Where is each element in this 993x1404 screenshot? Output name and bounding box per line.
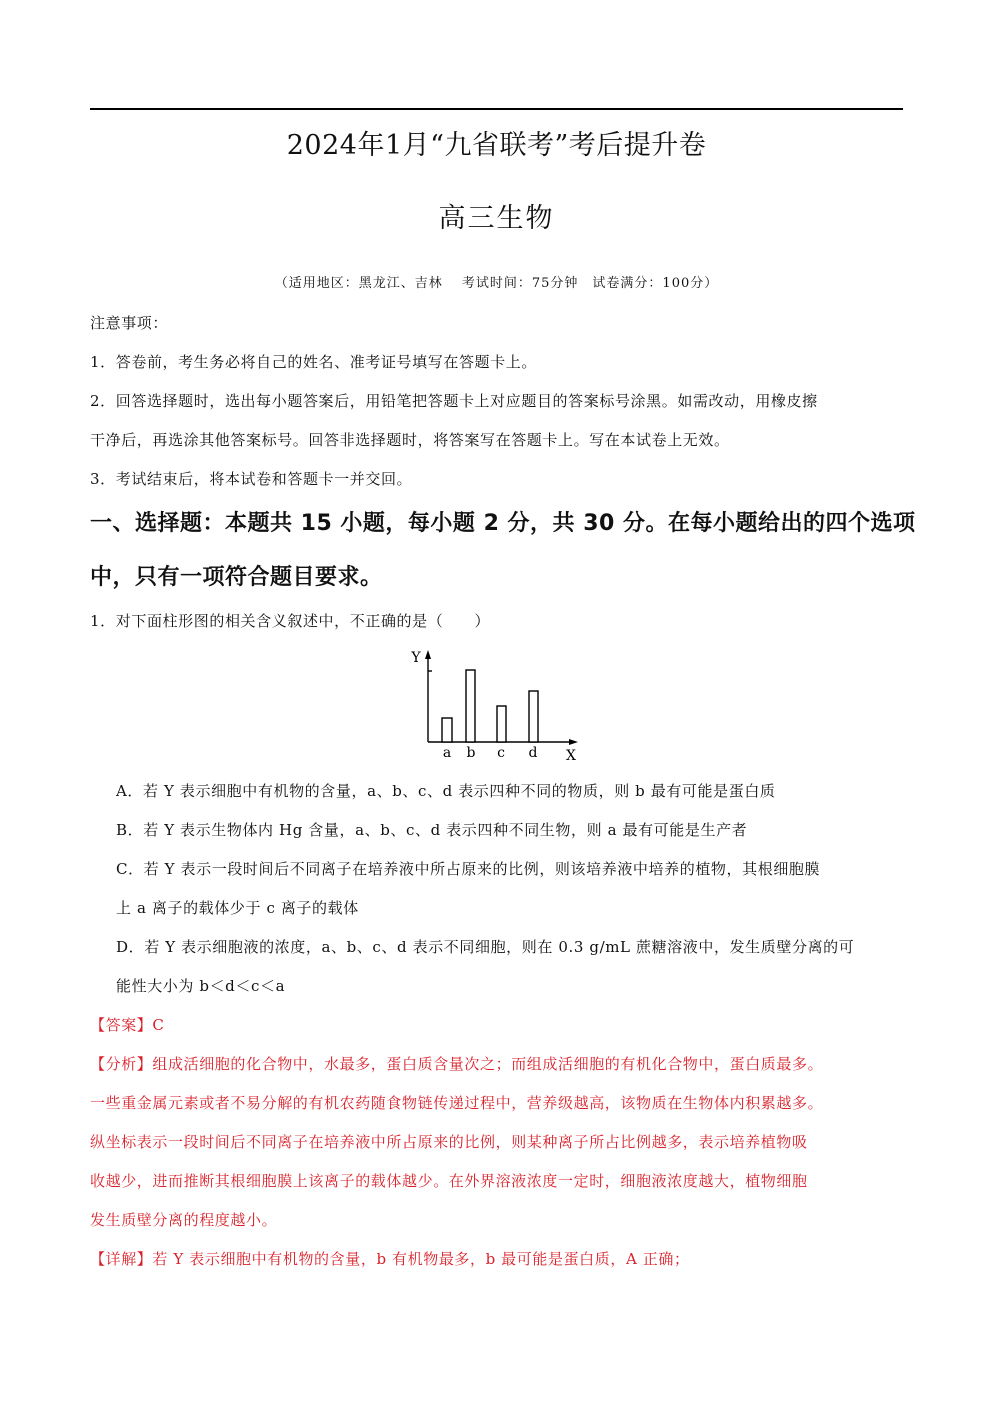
detail-line: 【详解】若 Y 表示细胞中有机物的含量，b 有机物最多，b 最可能是蛋白质，A … bbox=[90, 1249, 690, 1269]
analysis-line: 发生质壁分离的程度越小。 bbox=[90, 1210, 277, 1230]
category-label-b: b bbox=[467, 745, 476, 761]
bar-a bbox=[442, 718, 452, 742]
answer-tag: 【答案】 bbox=[90, 1016, 152, 1034]
answer-value: C bbox=[152, 1016, 164, 1034]
bar-b bbox=[466, 670, 475, 742]
option-c: C．若 Y 表示一段时间后不同离子在培养液中所占原来的比例，则该培养液中培养的植… bbox=[116, 859, 820, 879]
analysis-line: 【分析】组成活细胞的化合物中，水最多，蛋白质含量次之；而组成活细胞的有机化合物中… bbox=[90, 1054, 823, 1074]
option-b: B．若 Y 表示生物体内 Hg 含量，a、b、c、d 表示四种不同生物，则 a … bbox=[116, 820, 747, 840]
option-d: D．若 Y 表示细胞液的浓度，a、b、c、d 表示不同细胞，则在 0.3 g/m… bbox=[116, 937, 854, 957]
notice-item: 3．考试结束后，将本试卷和答题卡一并交回。 bbox=[90, 469, 412, 489]
page-subtitle: 高三生物 bbox=[0, 201, 993, 237]
top-rule bbox=[90, 108, 903, 110]
notice-heading: 注意事项： bbox=[90, 313, 168, 333]
bar-d bbox=[529, 691, 538, 742]
category-label-a: a bbox=[443, 745, 451, 761]
page-title: 2024年1月“九省联考”考后提升卷 bbox=[0, 128, 993, 164]
analysis-tag: 【分析】 bbox=[90, 1055, 152, 1073]
x-axis-label: X bbox=[566, 748, 576, 764]
notice-item: 1．答卷前，考生务必将自己的姓名、准考证号填写在答题卡上。 bbox=[90, 352, 537, 372]
bar-c bbox=[497, 706, 506, 742]
bars bbox=[442, 670, 538, 742]
exam-meta: （适用地区：黑龙江、吉林 考试时间：75分钟 试卷满分：100分） bbox=[0, 275, 993, 293]
question-stem: 1．对下面柱形图的相关含义叙述中，不正确的是（ ） bbox=[90, 611, 490, 631]
answer-line: 【答案】C bbox=[90, 1015, 164, 1035]
section-heading-cont: 中，只有一项符合题目要求。 bbox=[90, 563, 383, 593]
analysis-line: 收越少，进而推断其根细胞膜上该离子的载体越少。在外界溶液浓度一定时，细胞液浓度越… bbox=[90, 1171, 808, 1191]
analysis-line: 一些重金属元素或者不易分解的有机农药随食物链传递过程中，营养级越高，该物质在生物… bbox=[90, 1093, 823, 1113]
category-label-d: d bbox=[529, 745, 538, 761]
notice-item: 干净后，再选涂其他答案标号。回答非选择题时，将答案写在答题卡上。写在本试卷上无效… bbox=[90, 430, 730, 450]
detail-tag: 【详解】 bbox=[90, 1250, 152, 1268]
analysis-line: 纵坐标表示一段时间后不同离子在培养液中所占原来的比例，则某种离子所占比例越多，表… bbox=[90, 1132, 808, 1152]
bar-chart: Y X a b c d bbox=[405, 645, 595, 770]
y-axis-arrow-icon bbox=[425, 650, 431, 659]
y-axis-label: Y bbox=[410, 650, 421, 666]
option-a: A．若 Y 表示细胞中有机物的含量，a、b、c、d 表示四种不同的物质，则 b … bbox=[116, 781, 776, 801]
category-label-c: c bbox=[497, 745, 505, 761]
x-axis-arrow-icon bbox=[569, 739, 578, 745]
notice-item: 2．回答选择题时，选出每小题答案后，用铅笔把答题卡上对应题目的答案标号涂黑。如需… bbox=[90, 391, 818, 411]
analysis-text: 组成活细胞的化合物中，水最多，蛋白质含量次之；而组成活细胞的有机化合物中，蛋白质… bbox=[152, 1055, 823, 1073]
option-c-cont: 上 a 离子的载体少于 c 离子的载体 bbox=[116, 898, 359, 918]
y-axis bbox=[428, 655, 432, 742]
option-d-cont: 能性大小为 b＜d＜c＜a bbox=[116, 976, 285, 996]
section-heading: 一、选择题：本题共 15 小题，每小题 2 分，共 30 分。在每小题给出的四个… bbox=[90, 509, 916, 539]
detail-text: 若 Y 表示细胞中有机物的含量，b 有机物最多，b 最可能是蛋白质，A 正确； bbox=[152, 1250, 689, 1268]
